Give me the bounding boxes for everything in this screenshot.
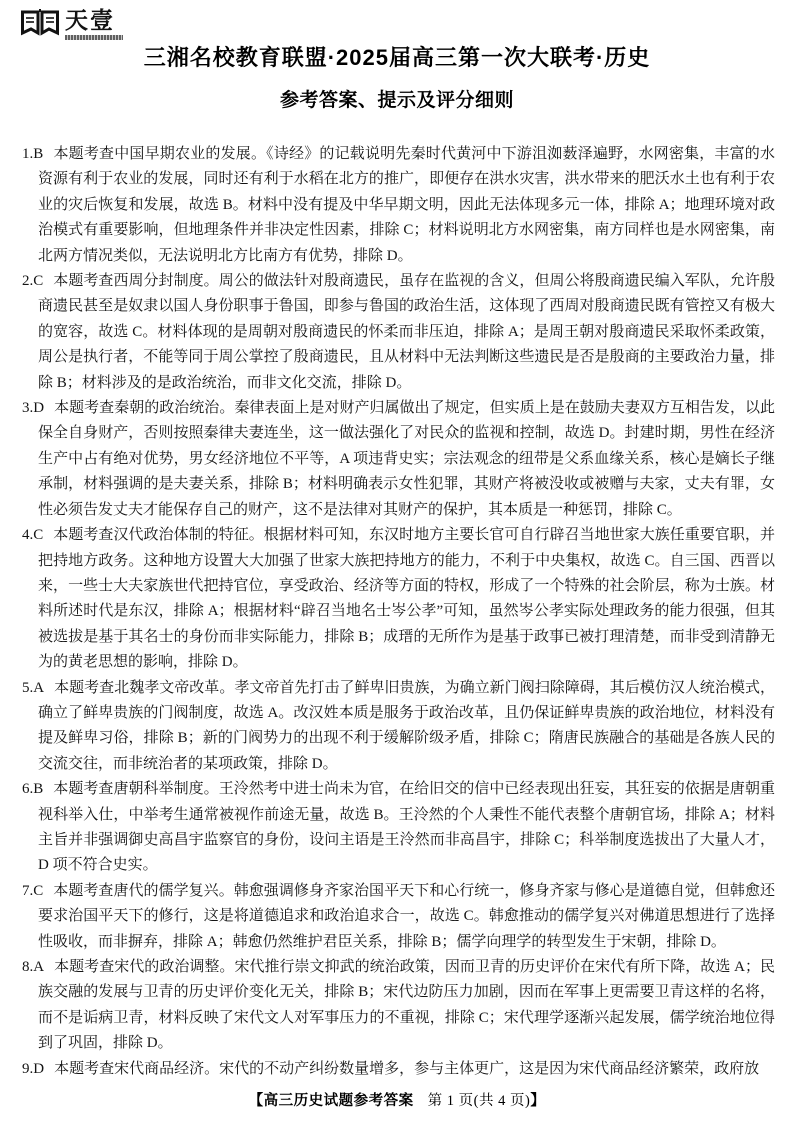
answer-text: 本题考查中国早期农业的发展。《诗经》的记载说明先秦时代黄河中下游沮洳薮泽遍野，水… [38,146,775,264]
answer-text: 本题考查北魏孝文帝改革。孝文帝首先打击了鲜卑旧贵族，为确立新门阀扫除障碍，其后模… [38,680,775,772]
logo-subtext-bar [65,35,123,40]
answer-item-7: 7.C本题考查唐代的儒学复兴。韩愈强调修身齐家治国平天下和心行统一，修身齐家与修… [22,879,775,955]
page-footer: 【高三历史试题参考答案第 1 页(共 4 页)】 [0,1089,794,1110]
document-subtitle: 参考答案、提示及评分细则 [0,85,794,112]
answer-item-8: 8.A本题考查宋代的政治调整。宋代推行崇文抑武的统治政策，因而卫青的历史评价在宋… [22,955,775,1057]
answer-item-2: 2.C本题考查西周分封制度。周公的做法针对殷商遗民，虽存在监视的含义，但周公将殷… [22,269,775,396]
open-book-icon [20,9,60,40]
answer-text: 本题考查唐朝科举制度。王泠然考中进士尚未为官，在给旧交的信中已经表现出狂妄，其狂… [38,781,775,873]
document-title: 三湘名校教育联盟·2025届高三第一次大联考·历史 [0,41,794,72]
footer-page-number: 第 1 页(共 4 页) [428,1093,531,1109]
answer-text: 本题考查唐代的儒学复兴。韩愈强调修身齐家治国平天下和心行统一，修身齐家与修心是道… [38,883,775,950]
answer-text: 本题考查宋代商品经济。宋代的不动产纠纷数量增多，参与主体更广，这是因为宋代商品经… [54,1061,759,1077]
answer-number: 1.B [22,146,43,162]
answer-number: 6.B [22,781,43,797]
footer-title: 高三历史试题参考答案 [264,1093,414,1109]
answer-item-9: 9.D本题考查宋代商品经济。宋代的不动产纠纷数量增多，参与主体更广，这是因为宋代… [22,1057,775,1082]
answer-text: 本题考查汉代政治体制的特征。根据材料可知，东汉时地方主要长官可自行辟召当地世家大… [38,527,775,670]
logo-text-column: 天壹 [65,9,123,40]
answer-sheet-page: 天壹 三湘名校教育联盟·2025届高三第一次大联考·历史 参考答案、提示及评分细… [0,0,794,1123]
answer-number: 5.A [22,680,44,696]
answer-number: 4.C [22,527,43,543]
answer-number: 2.C [22,273,43,289]
answer-item-5: 5.A本题考查北魏孝文帝改革。孝文帝首先打击了鲜卑旧贵族，为确立新门阀扫除障碍，… [22,676,775,778]
answer-text: 本题考查秦朝的政治统治。秦律表面上是对财产归属做出了规定，但实质上是在鼓励夫妻双… [38,400,775,518]
answer-item-6: 6.B本题考查唐朝科举制度。王泠然考中进士尚未为官，在给旧交的信中已经表现出狂妄… [22,777,775,879]
footer-bracket-right: 】 [530,1093,545,1109]
answer-item-3: 3.D本题考查秦朝的政治统治。秦律表面上是对财产归属做出了规定，但实质上是在鼓励… [22,396,775,523]
answer-number: 9.D [22,1061,44,1077]
answer-number: 3.D [22,400,44,416]
footer-bracket-left: 【 [249,1093,264,1109]
logo-brand-text: 天壹 [65,9,123,32]
answer-number: 8.A [22,959,44,975]
answer-number: 7.C [22,883,43,899]
answers-body: 1.B本题考查中国早期农业的发展。《诗经》的记载说明先秦时代黄河中下游沮洳薮泽遍… [22,142,775,1082]
answer-text: 本题考查西周分封制度。周公的做法针对殷商遗民，虽存在监视的含义，但周公将殷商遗民… [38,273,775,391]
answer-text: 本题考查宋代的政治调整。宋代推行崇文抑武的统治政策，因而卫青的历史评价在宋代有所… [38,959,775,1051]
answer-item-1: 1.B本题考查中国早期农业的发展。《诗经》的记载说明先秦时代黄河中下游沮洳薮泽遍… [22,142,775,269]
publisher-logo: 天壹 [20,9,123,40]
answer-item-4: 4.C本题考查汉代政治体制的特征。根据材料可知，东汉时地方主要长官可自行辟召当地… [22,523,775,675]
